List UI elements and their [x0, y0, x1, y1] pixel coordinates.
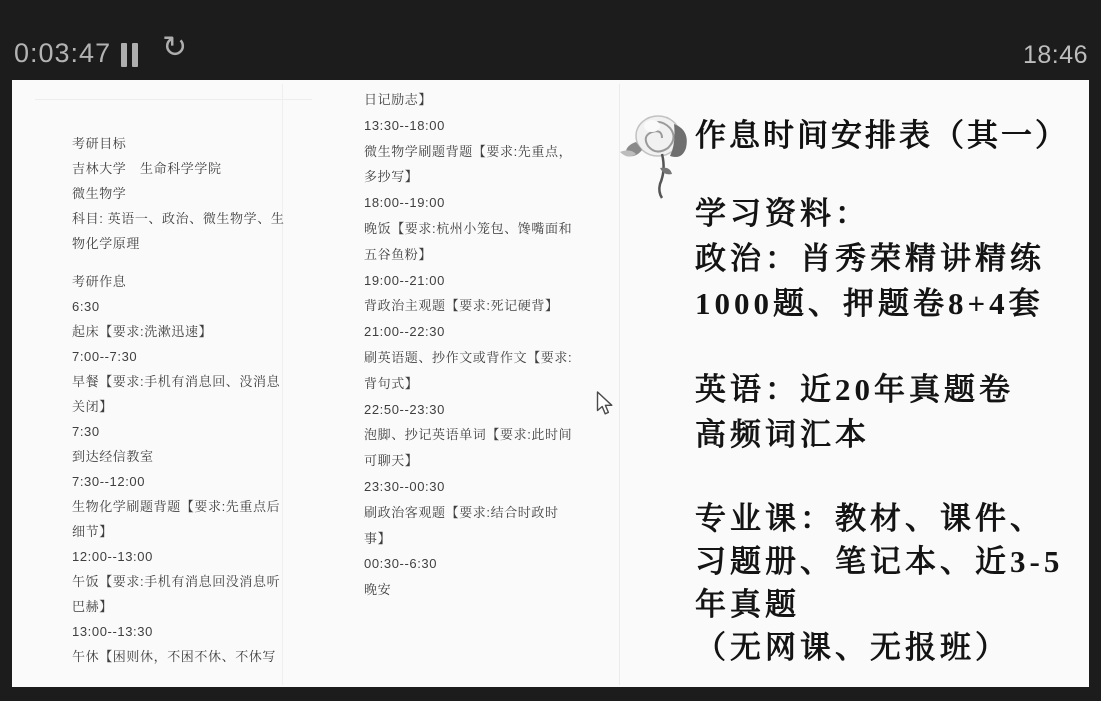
- restart-icon: ↻: [162, 30, 187, 65]
- player-controls-bar: 0:03:47 ↻ 18:46: [0, 0, 1101, 80]
- handwritten-line: 政治：肖秀荣精讲精练: [695, 236, 1045, 281]
- restart-button[interactable]: ↻: [162, 33, 187, 63]
- handwritten-line: 专业课：教材、课件、: [695, 497, 1063, 540]
- page-title: 作息时间安排表（其一）: [695, 110, 1069, 155]
- pause-icon: [121, 43, 127, 67]
- elapsed-timer: 0:03:47: [14, 38, 111, 69]
- materials-major-group: 专业课：教材、课件、习题册、笔记本、近3-5年真题（无网课、无报班）: [695, 497, 1063, 669]
- schedule-document: 考研目标吉林大学 生命科学学院微生物学科目: 英语一、政治、微生物学、生物化学原…: [12, 80, 1089, 687]
- handwritten-line: 年真题: [695, 583, 1063, 626]
- handwritten-line: 高频词汇本: [695, 412, 1014, 457]
- handwritten-line: （无网课、无报班）: [695, 626, 1063, 669]
- right-column: 作息时间安排表（其一） 学习资料：政治：肖秀荣精讲精练1000题、押题卷8+4套…: [12, 80, 482, 687]
- clock-time: 18:46: [1023, 41, 1088, 70]
- materials-politics-group: 学习资料：政治：肖秀荣精讲精练1000题、押题卷8+4套: [695, 191, 1045, 326]
- handwritten-line: 1000题、押题卷8+4套: [695, 281, 1045, 326]
- pause-icon: [132, 43, 138, 67]
- rose-flower-icon: [612, 96, 707, 201]
- screen: 0:03:47 ↻ 18:46 考研目标吉林大学 生命科学学院微生物学科目: 英…: [0, 0, 1101, 701]
- materials-english-group: 英语：近20年真题卷高频词汇本: [695, 367, 1014, 457]
- pause-button[interactable]: [121, 43, 141, 67]
- handwritten-line: 英语：近20年真题卷: [695, 367, 1014, 412]
- handwritten-line: 习题册、笔记本、近3-5: [695, 540, 1063, 583]
- handwritten-line: 学习资料：: [695, 191, 1045, 236]
